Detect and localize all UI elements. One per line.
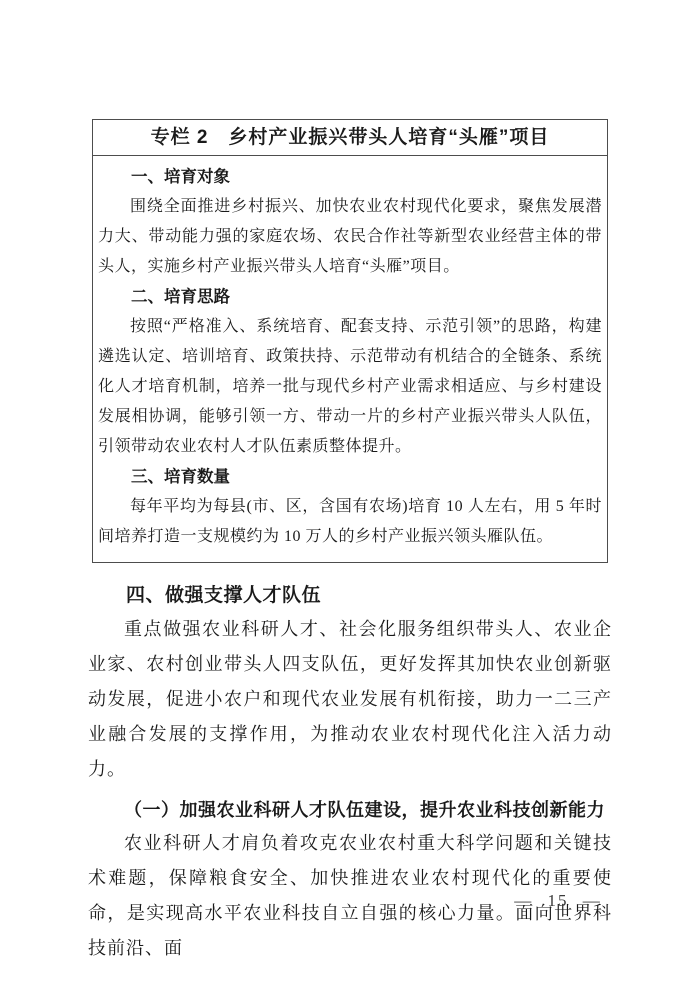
- page-number-value: 15: [548, 891, 569, 910]
- box-section-paragraph: 按照“严格准入、系统培育、配套支持、示范引领”的思路，构建遴选认定、培训培育、政…: [98, 312, 602, 462]
- page-number-dash-right: —: [583, 891, 602, 910]
- box-section-heading: 一、培育对象: [98, 162, 602, 192]
- subsection-heading: （一）加强农业科研人才队伍建设，提升农业科技创新能力: [88, 794, 612, 826]
- paragraph: 重点做强农业科研人才、社会化服务组织带头人、农业企业家、农村创业带头人四支队伍，…: [88, 612, 612, 787]
- page-number-dash-left: —: [514, 891, 533, 910]
- page-number: — 15 —: [478, 891, 638, 911]
- box-section-heading: 二、培育思路: [98, 282, 602, 312]
- document-page: 专栏 2 乡村产业振兴带头人培育“头雁”项目 一、培育对象 围绕全面推进乡村振兴…: [0, 0, 700, 990]
- box-section-paragraph: 每年平均为每县(市、区，含国有农场)培育 10 人左右，用 5 年时间培养打造一…: [98, 492, 602, 552]
- box-body: 一、培育对象 围绕全面推进乡村振兴、加快农业农村现代化要求，聚焦发展潜力大、带动…: [93, 156, 607, 562]
- box-section-heading: 三、培育数量: [98, 462, 602, 492]
- box-section: 三、培育数量 每年平均为每县(市、区，含国有农场)培育 10 人左右，用 5 年…: [98, 462, 602, 552]
- content-column: 专栏 2 乡村产业振兴带头人培育“头雁”项目 一、培育对象 围绕全面推进乡村振兴…: [88, 0, 612, 966]
- column-box: 专栏 2 乡村产业振兴带头人培育“头雁”项目 一、培育对象 围绕全面推进乡村振兴…: [92, 119, 608, 563]
- box-section-paragraph: 围绕全面推进乡村振兴、加快农业农村现代化要求，聚焦发展潜力大、带动能力强的家庭农…: [98, 192, 602, 282]
- box-section: 一、培育对象 围绕全面推进乡村振兴、加快农业农村现代化要求，聚焦发展潜力大、带动…: [98, 162, 602, 282]
- section-heading: 四、做强支撑人才队伍: [88, 580, 612, 612]
- box-title: 专栏 2 乡村产业振兴带头人培育“头雁”项目: [93, 120, 607, 156]
- box-section: 二、培育思路 按照“严格准入、系统培育、配套支持、示范引领”的思路，构建遴选认定…: [98, 282, 602, 462]
